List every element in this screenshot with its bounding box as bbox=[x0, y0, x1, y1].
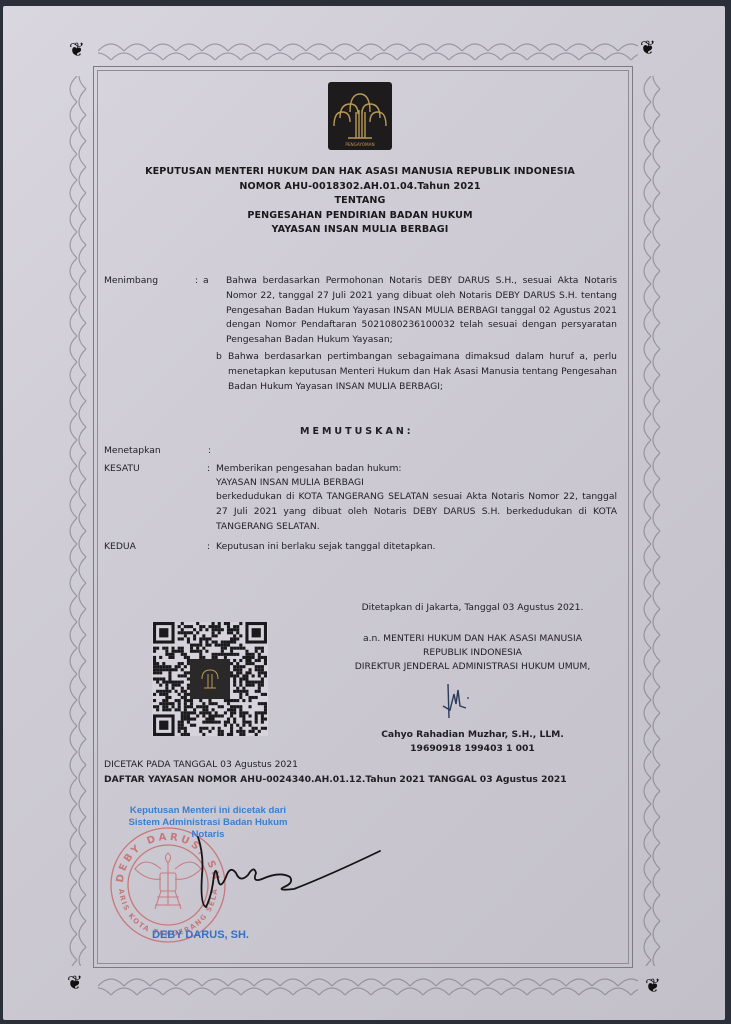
stamp-line1: Keputusan Menteri ini dicetak dari bbox=[108, 805, 308, 817]
on-behalf-line2: REPUBLIK INDONESIA bbox=[330, 646, 615, 660]
menetapkan-label: Menetapkan bbox=[104, 444, 161, 459]
qr-code bbox=[152, 622, 268, 736]
clause-b-text: Bahwa berdasarkan pertimbangan sebagaima… bbox=[228, 350, 617, 394]
kedua-colon: : bbox=[207, 540, 210, 555]
clause-letter-b: b bbox=[216, 350, 222, 365]
menimbang-label: Menimbang bbox=[104, 274, 158, 289]
notary-signature bbox=[190, 835, 390, 915]
clause-letter-a: a bbox=[203, 274, 209, 289]
signatory-nip: 19690918 199403 1 001 bbox=[330, 742, 615, 756]
decree-heading: KEPUTUSAN MENTERI HUKUM DAN HAK ASASI MA… bbox=[100, 165, 620, 238]
svg-text:PENGAYOMAN: PENGAYOMAN bbox=[345, 142, 374, 147]
decree-title: KEPUTUSAN MENTERI HUKUM DAN HAK ASASI MA… bbox=[100, 165, 620, 180]
signatory-name: Cahyo Rahadian Muzhar, S.H., LLM. bbox=[330, 728, 615, 742]
corner-ornament-icon: ❦ bbox=[67, 40, 87, 60]
decorative-border-top bbox=[98, 39, 638, 61]
kedua-text: Keputusan ini berlaku sejak tanggal dite… bbox=[216, 540, 435, 555]
memutuskan-heading: MEMUTUSKAN: bbox=[300, 426, 414, 437]
menimbang-colon: : bbox=[195, 274, 198, 289]
director-signature bbox=[438, 680, 478, 720]
kesatu-line1: Memberikan pengesahan badan hukum: bbox=[216, 462, 402, 477]
on-behalf-line1: a.n. MENTERI HUKUM DAN HAK ASASI MANUSIA bbox=[330, 632, 615, 646]
decorative-border-bottom bbox=[98, 974, 638, 996]
kesatu-domicile-text: berkedudukan di KOTA TANGERANG SELATAN s… bbox=[216, 490, 617, 534]
decree-subject: PENGESAHAN PENDIRIAN BADAN HUKUM bbox=[100, 209, 620, 224]
kemenkumham-tree-logo-icon: PENGAYOMAN bbox=[328, 82, 392, 150]
place-date: Ditetapkan di Jakarta, Tanggal 03 Agustu… bbox=[330, 601, 615, 615]
kesatu-colon: : bbox=[207, 462, 210, 477]
decorative-border-left bbox=[65, 76, 87, 966]
kesatu-label: KESATU bbox=[104, 462, 140, 477]
corner-ornament-icon: ❦ bbox=[638, 38, 658, 58]
kesatu-foundation: YAYASAN INSAN MULIA BERBAGI bbox=[216, 476, 364, 491]
decree-about: TENTANG bbox=[100, 194, 620, 209]
corner-ornament-icon: ❦ bbox=[643, 976, 663, 996]
registry-number: DAFTAR YAYASAN NOMOR AHU-0024340.AH.01.1… bbox=[104, 773, 567, 788]
corner-ornament-icon: ❦ bbox=[65, 973, 85, 993]
notary-name: DEBY DARUS, SH. bbox=[152, 929, 249, 941]
kedua-label: KEDUA bbox=[104, 540, 136, 555]
printed-date: DICETAK PADA TANGGAL 03 Agustus 2021 bbox=[104, 758, 298, 773]
signatory-position: DIREKTUR JENDERAL ADMINISTRASI HUKUM UMU… bbox=[330, 660, 615, 674]
decree-number: NOMOR AHU-0018302.AH.01.04.Tahun 2021 bbox=[100, 180, 620, 195]
menetapkan-colon: : bbox=[208, 444, 211, 459]
decorative-border-right bbox=[639, 76, 661, 966]
foundation-name: YAYASAN INSAN MULIA BERBAGI bbox=[100, 223, 620, 238]
stamp-line2: Sistem Administrasi Badan Hukum bbox=[108, 817, 308, 829]
clause-a-text: Bahwa berdasarkan Permohonan Notaris DEB… bbox=[226, 274, 617, 348]
